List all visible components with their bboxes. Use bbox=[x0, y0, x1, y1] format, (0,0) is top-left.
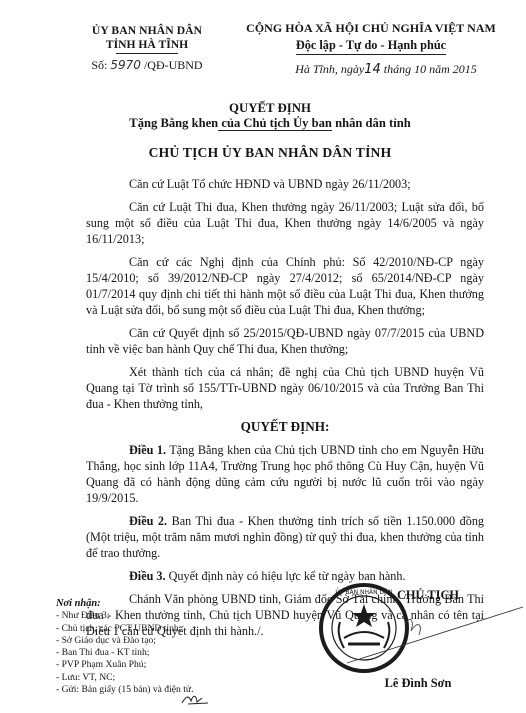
preamble-clause: Căn cứ Quyết định số 25/2015/QĐ-UBND ngà… bbox=[86, 325, 484, 357]
article-label: Điều 2. bbox=[129, 514, 167, 528]
article-label: Điều 1. bbox=[129, 443, 166, 457]
document-type: QUYẾT ĐỊNH bbox=[60, 101, 480, 116]
article-3: Điều 3. Quyết định này có hiệu lực kể từ… bbox=[86, 568, 484, 584]
subject-part-a: Tặng Bằng khen bbox=[129, 116, 218, 130]
document-title-block: QUYẾT ĐỊNH Tặng Bằng khen của Chủ tịch Ủ… bbox=[60, 101, 480, 161]
recipient-item: - Sở Giáo dục và Đào tạo; bbox=[56, 635, 256, 647]
day-handwritten: 14 bbox=[364, 62, 381, 77]
subject-part-c: nhân dân tỉnh bbox=[332, 116, 411, 130]
recipient-item: - Lưu: VT, NC; bbox=[56, 672, 256, 684]
place-and-date: Hà Tĩnh, ngày14 tháng 10 năm 2015 bbox=[236, 60, 506, 79]
recipient-item: - Ban Thi đua - KT tỉnh; bbox=[56, 647, 256, 659]
preamble-clause: Căn cứ Luật Tổ chức HĐND và UBND ngày 26… bbox=[86, 176, 484, 192]
issuer-underline bbox=[116, 53, 178, 54]
document-subject: Tặng Bằng khen của Chủ tịch Ủy ban nhân … bbox=[60, 116, 480, 131]
signature-block: CHỦ TỊCH Lê Đình Sơn bbox=[318, 588, 478, 603]
national-header: CỘNG HÒA XÃ HỘI CHỦ NGHĨA VIỆT NAM Độc l… bbox=[236, 21, 506, 79]
document-number-suffix: /QĐ-UBND bbox=[144, 58, 203, 72]
recipient-item: - PVP Phạm Xuân Phú; bbox=[56, 659, 256, 671]
article-text: Quyết định này có hiệu lực kể từ ngày ba… bbox=[166, 569, 406, 583]
article-2: Điều 2. Ban Thi đua - Khen thưởng tỉnh t… bbox=[86, 513, 484, 561]
initials-signature-icon bbox=[180, 692, 210, 706]
recipients-list: Nơi nhận: - Như Điều 3; - Chủ tịch, các … bbox=[56, 598, 256, 696]
document-body: Căn cứ Luật Tổ chức HĐND và UBND ngày 26… bbox=[86, 176, 484, 646]
article-1: Điều 1. Tặng Bằng khen của Chủ tịch UBND… bbox=[86, 442, 484, 506]
document-number: Số: 5970 /QĐ-UBND bbox=[82, 57, 212, 73]
national-motto: Độc lập - Tự do - Hạnh phúc bbox=[296, 38, 446, 55]
place-suffix: tháng 10 năm 2015 bbox=[384, 62, 477, 76]
issuer-province: TỈNH HÀ TĨNH bbox=[82, 38, 212, 52]
signer-name: Lê Đình Sơn bbox=[358, 676, 478, 691]
nation-name: CỘNG HÒA XÃ HỘI CHỦ NGHĨA VIỆT NAM bbox=[236, 21, 506, 36]
document-number-handwritten: 5970 bbox=[110, 58, 141, 72]
signature-stroke-icon bbox=[345, 605, 525, 665]
recipient-item: - Như Điều 3; bbox=[56, 610, 256, 622]
article-label: Điều 3. bbox=[129, 569, 166, 583]
document-number-prefix: Số: bbox=[91, 58, 107, 72]
signer-role: CHỦ TỊCH bbox=[318, 588, 478, 603]
recipient-item: - Gửi: Bản giấy (15 bản) và điện tử. bbox=[56, 684, 256, 696]
decision-heading: QUYẾT ĐỊNH: bbox=[86, 419, 484, 435]
recipient-item: - Chủ tịch, các PCT UBND tỉnh; bbox=[56, 623, 256, 635]
issuing-authority: CHỦ TỊCH ỦY BAN NHÂN DÂN TỈNH bbox=[60, 145, 480, 161]
preamble-clause: Căn cứ Luật Thi đua, Khen thưởng ngày 26… bbox=[86, 199, 484, 247]
place-prefix: Hà Tĩnh, ngày bbox=[295, 62, 364, 76]
preamble-clause: Căn cứ các Nghị định của Chính phủ: Số 4… bbox=[86, 254, 484, 318]
issuer-header: ỦY BAN NHÂN DÂN TỈNH HÀ TĨNH Số: 5970 /Q… bbox=[82, 23, 212, 73]
preamble-clause: Xét thành tích của cá nhân; đề nghị của … bbox=[86, 364, 484, 412]
recipients-heading: Nơi nhận: bbox=[56, 598, 256, 610]
subject-part-b: của Chủ tịch Ủy ban bbox=[218, 116, 332, 131]
issuer-organization: ỦY BAN NHÂN DÂN bbox=[82, 23, 212, 38]
